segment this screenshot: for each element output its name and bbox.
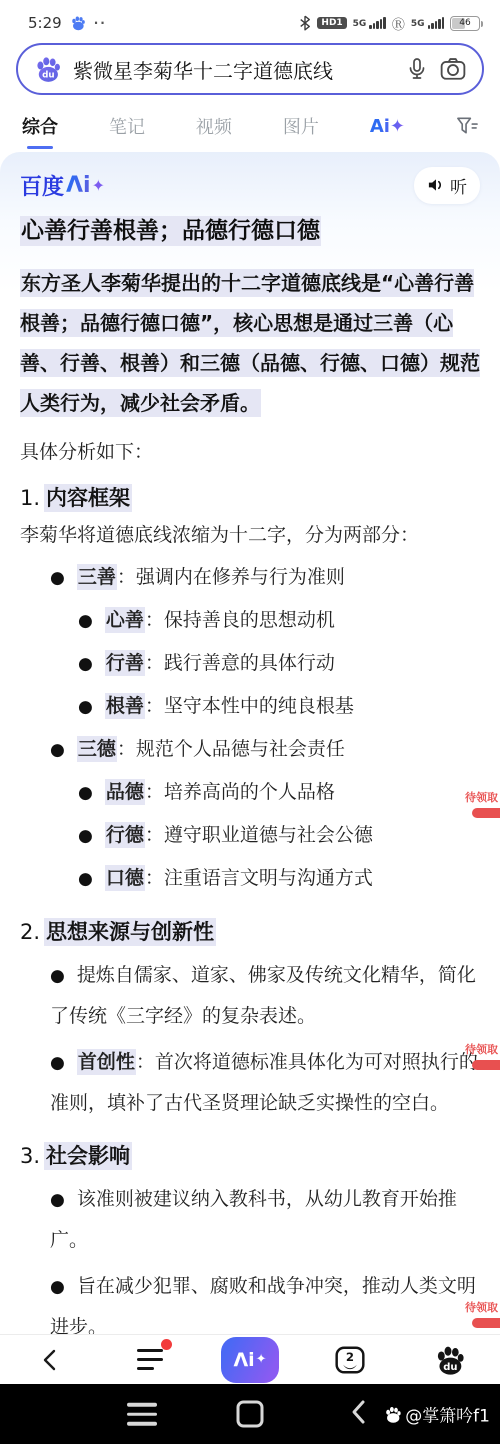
svg-text:du: du: [42, 71, 55, 81]
list-item: ●根善：坚守本性中的纯良根基: [20, 686, 480, 727]
camera-icon[interactable]: [440, 57, 466, 81]
section-2-heading: 2.思想来源与创新性: [20, 917, 480, 947]
baidu-logo-icon: du: [34, 55, 62, 83]
tab-videos[interactable]: 视频: [196, 113, 232, 139]
list-item: ●提炼自儒家、道家、佛家及传统文化精华，简化了传统《三字经》的复杂表述。: [20, 955, 480, 1036]
section-3-list: ●该准则被建议纳入教科书，从幼儿教育开始推广。 ●旨在减少犯罪、腐败和战争冲突，…: [20, 1179, 480, 1334]
ai-plus-icon: Λi✦: [221, 1337, 279, 1383]
list-item: ●心善：保持善良的思想动机: [20, 600, 480, 641]
battery-icon: 46: [450, 16, 480, 31]
signal-sim2-icon: 5G: [411, 17, 444, 29]
baidu-ai-logo: 百度 Λi ✦: [20, 170, 105, 201]
menu-icon: [137, 1349, 163, 1370]
menu-button[interactable]: [120, 1337, 180, 1383]
status-bar: 5:29 ·· HD1 5G Ⓡ 5G 46: [0, 0, 500, 38]
app-bottom-nav: Λi✦ 2 du: [0, 1334, 500, 1384]
baidu-app-button[interactable]: du: [420, 1337, 480, 1383]
svg-text:du: du: [443, 1361, 457, 1372]
watermark: @掌箫吟f1: [384, 1402, 490, 1427]
claim-reward-badge[interactable]: 待领取: [454, 789, 500, 818]
svg-text:2: 2: [346, 1350, 354, 1364]
tab-ai[interactable]: Ai✦: [370, 116, 405, 137]
claim-reward-badge[interactable]: 待领取: [454, 1299, 500, 1328]
search-input[interactable]: 紫微星李菊华十二字道德底线: [73, 55, 394, 84]
baidu-notification-icon: [70, 15, 86, 31]
search-bar[interactable]: du 紫微星李菊华十二字道德底线: [16, 43, 484, 95]
back-button[interactable]: [20, 1337, 80, 1383]
list-item: ●首创性：首次将道德标准具体化为可对照执行的准则，填补了古代圣贤理论缺乏实操性的…: [20, 1042, 480, 1123]
listen-button[interactable]: 听: [414, 167, 480, 204]
red-packet-icon: [472, 1318, 500, 1328]
baidu-paw-icon: du: [434, 1344, 466, 1376]
section-1-heading: 1.内容框架: [20, 483, 480, 513]
answer-lead: 具体分析如下：: [20, 439, 480, 465]
roaming-icon: Ⓡ: [392, 14, 405, 33]
answer-summary: 东方圣人李菊华提出的十二字道德底线是“心善行善根善；品德行德口德”，核心思想是通…: [20, 263, 480, 423]
speaker-icon: [427, 177, 444, 193]
red-packet-icon: [472, 1060, 500, 1070]
list-item: ●品德：培养高尚的个人品格: [20, 772, 480, 813]
microphone-icon[interactable]: [405, 57, 429, 81]
ai-home-button[interactable]: Λi✦: [220, 1337, 280, 1383]
list-item: ●三德：规范个人品德与社会责任: [20, 729, 480, 770]
signal-sim1-icon: 5G: [353, 17, 386, 29]
answer-title: 心善行善根善；品德行德口德: [20, 214, 480, 249]
hd-voice-badge: HD1: [317, 17, 346, 29]
tab-counter-icon: 2: [334, 1345, 366, 1375]
list-item: ●该准则被建议纳入教科书，从幼儿教育开始推广。: [20, 1179, 480, 1260]
tab-images[interactable]: 图片: [283, 113, 319, 139]
phone-screen: 5:29 ·· HD1 5G Ⓡ 5G 46: [0, 0, 500, 1444]
baidu-ai-answer-card: 百度 Λi ✦ 听 心善行善根善；品德行德口德 东方圣人李菊华提出的十二字道德底…: [0, 152, 500, 1334]
result-tabs: 综合 笔记 视频 图片 Ai✦: [0, 95, 500, 141]
notification-dots: ··: [94, 16, 107, 30]
list-item: ●行德：遵守职业道德与社会公德: [20, 815, 480, 856]
bluetooth-icon: [299, 15, 311, 31]
list-item: ●旨在减少犯罪、腐败和战争冲突，推动人类文明进步。: [20, 1266, 480, 1334]
paw-icon: [384, 1405, 402, 1423]
section-1-intro: 李菊华将道德底线浓缩为十二字，分为两部分：: [20, 521, 480, 549]
list-item: ●口德：注重语言文明与沟通方式: [20, 858, 480, 899]
red-packet-icon: [472, 808, 500, 818]
filter-icon[interactable]: [456, 116, 478, 136]
android-home-button[interactable]: [237, 1401, 264, 1428]
android-back-button[interactable]: [349, 1399, 367, 1429]
section-2-list: ●提炼自儒家、道家、佛家及传统文化精华，简化了传统《三字经》的复杂表述。 ●首创…: [20, 955, 480, 1123]
claim-reward-badge[interactable]: 待领取: [454, 1041, 500, 1070]
clock: 5:29: [28, 14, 62, 32]
tabs-button[interactable]: 2: [320, 1337, 380, 1383]
notification-dot: [161, 1339, 172, 1350]
section-3-heading: 3.社会影响: [20, 1141, 480, 1171]
list-item: ●行善：践行善意的具体行动: [20, 643, 480, 684]
section-1-list: ●三善：强调内在修养与行为准则 ●心善：保持善良的思想动机 ●行善：践行善意的具…: [20, 557, 480, 899]
tab-comprehensive[interactable]: 综合: [22, 113, 58, 139]
tab-notes[interactable]: 笔记: [109, 113, 145, 139]
list-item: ●三善：强调内在修养与行为准则: [20, 557, 480, 598]
android-menu-button[interactable]: [127, 1403, 157, 1426]
android-nav-bar: @掌箫吟f1: [0, 1384, 500, 1444]
